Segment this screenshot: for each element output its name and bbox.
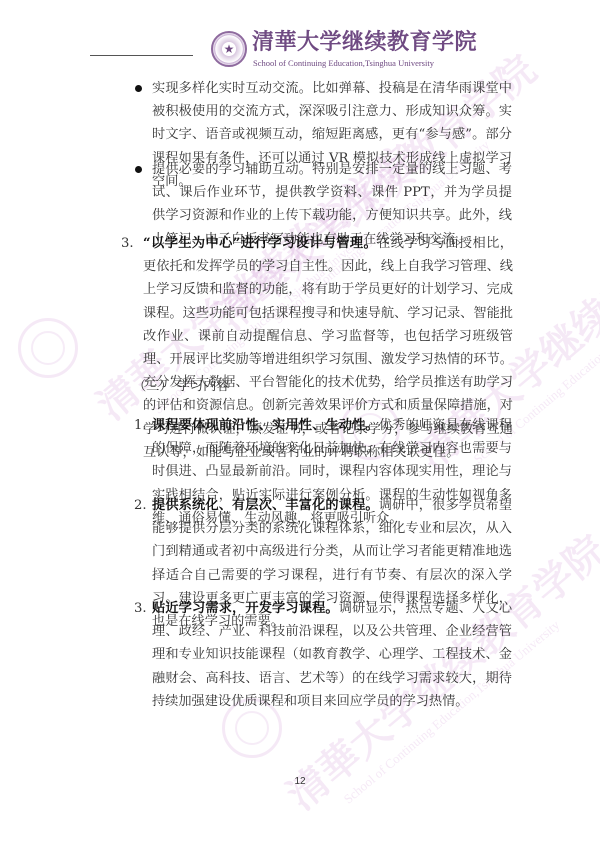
item-lead: 提供系统化、有层次、丰富化的课程。 [152,498,379,513]
tsinghua-seal-icon: ★ [211,31,247,67]
item-lead: “以学生为中心”进行学习设计与管理。 [143,236,377,251]
item-text: 调研显示，热点专题、人文心理、政经、产业、科技前沿课程，以及公共管理、企业经营管… [152,601,512,709]
document-page: 清華大学继续教育学院 School of Continuing Educatio… [0,0,600,848]
watermark-seal-icon [18,318,78,378]
item-number: 3. [121,232,134,255]
item-number: 3. [134,597,147,620]
page-number: 12 [0,776,600,787]
header-rule [90,55,193,56]
content-item: 3. 贴近学习需求，开发学习课程。调研显示，热点专题、人文心理、政经、产业、科技… [152,597,512,713]
section-heading: （三） 学习内容 [133,375,230,398]
item-lead: 课程要体现前沿性、实用性、生动性。 [152,418,379,433]
bullet-dot-icon [135,85,142,92]
item-lead: 贴近学习需求，开发学习课程。 [152,601,339,616]
item-number: 2. [134,494,147,517]
item-number: 1. [134,414,147,437]
logo-title: 清華大学继续教育学院 [252,30,477,56]
bullet-dot-icon [135,166,142,173]
logo-subtitle: School of Continuing Education,Tsinghua … [253,58,434,68]
